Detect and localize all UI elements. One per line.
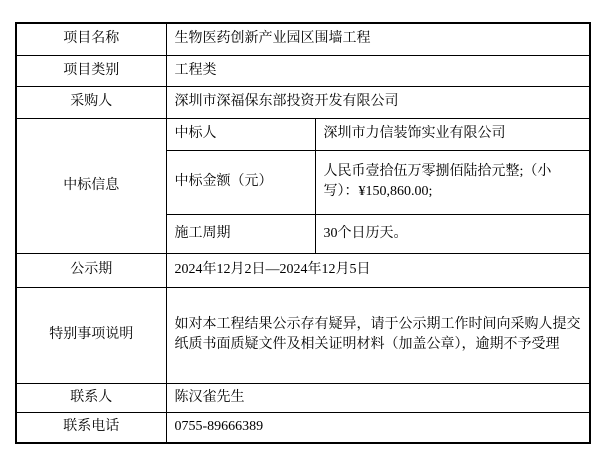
publicity-period-label: 公示期 [16, 253, 166, 287]
contact-person-label: 联系人 [16, 383, 166, 412]
table-row-project-category: 项目类别 工程类 [16, 55, 590, 86]
project-category-label: 项目类别 [16, 55, 166, 86]
purchaser-label: 采购人 [16, 86, 166, 118]
table-row-contact-person: 联系人 陈汉雀先生 [16, 383, 590, 412]
construction-period-label: 施工周期 [166, 214, 315, 253]
project-category-value: 工程类 [166, 55, 590, 86]
table-row-publicity-period: 公示期 2024年12月2日—2024年12月5日 [16, 253, 590, 287]
contact-phone-value: 0755-89666389 [166, 412, 590, 443]
table-row-purchaser: 采购人 深圳市深福保东部投资开发有限公司 [16, 86, 590, 118]
special-notes-value: 如对本工程结果公示存有疑异，请于公示期工作时间向采购人提交纸质书面质疑文件及相关… [166, 287, 590, 383]
bid-amount-label: 中标金额（元） [166, 150, 315, 214]
table-row-bid-winner: 中标信息 中标人 深圳市力信装饰实业有限公司 [16, 118, 590, 150]
publicity-period-value: 2024年12月2日—2024年12月5日 [166, 253, 590, 287]
construction-period-value: 30个日历天。 [315, 214, 590, 253]
contact-person-value: 陈汉雀先生 [166, 383, 590, 412]
purchaser-value: 深圳市深福保东部投资开发有限公司 [166, 86, 590, 118]
bid-amount-value: 人民币壹拾伍万零捌佰陆拾元整;（小写）：¥150,860.00; [315, 150, 590, 214]
announcement-page: 项目名称 生物医药创新产业园区围墙工程 项目类别 工程类 采购人 深圳市深福保东… [0, 0, 605, 470]
contact-phone-label: 联系电话 [16, 412, 166, 443]
bid-result-table: 项目名称 生物医药创新产业园区围墙工程 项目类别 工程类 采购人 深圳市深福保东… [15, 22, 591, 444]
table-row-contact-phone: 联系电话 0755-89666389 [16, 412, 590, 443]
bid-winner-label: 中标人 [166, 118, 315, 150]
table-row-project-name: 项目名称 生物医药创新产业园区围墙工程 [16, 23, 590, 55]
bid-info-label: 中标信息 [16, 118, 166, 253]
project-name-value: 生物医药创新产业园区围墙工程 [166, 23, 590, 55]
special-notes-label: 特别事项说明 [16, 287, 166, 383]
project-name-label: 项目名称 [16, 23, 166, 55]
table-row-special-notes: 特别事项说明 如对本工程结果公示存有疑异，请于公示期工作时间向采购人提交纸质书面… [16, 287, 590, 383]
bid-winner-value: 深圳市力信装饰实业有限公司 [315, 118, 590, 150]
